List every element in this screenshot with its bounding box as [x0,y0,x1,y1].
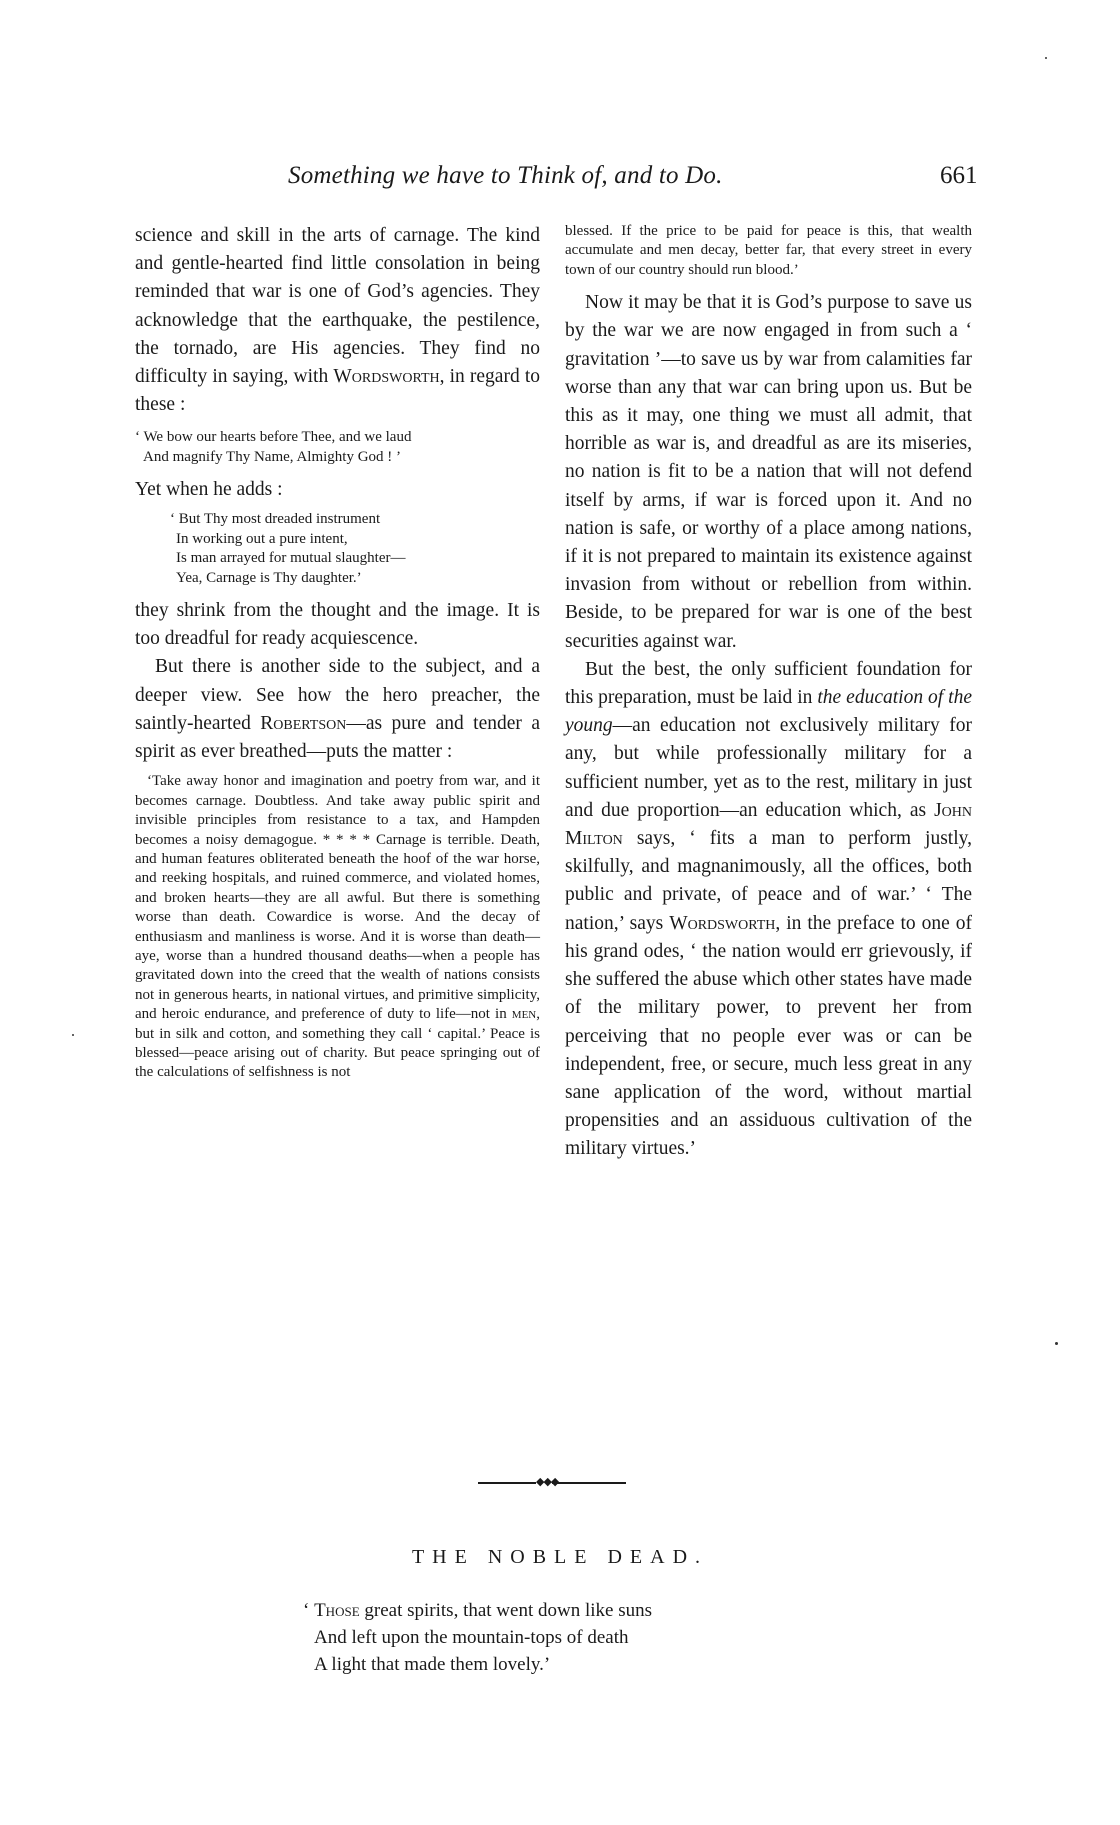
scan-speck [1045,57,1047,59]
paragraph: But there is another side to the subject… [135,653,540,766]
block-quote: ‘Take away honor and imagination and poe… [135,772,540,1083]
running-title: Something we have to Think of, and to Do… [288,162,723,190]
scan-speck [1055,1342,1058,1345]
verse-quote: ‘ But Thy most dreaded instrument In wor… [135,510,540,588]
epigraph-poem: ‘ Those great spirits, that went down li… [303,1597,652,1678]
author-name: Wordsworth [669,913,775,934]
page-number: 661 [940,162,978,190]
block-quote-continued: blessed. If the price to be paid for pea… [565,222,972,280]
right-column: blessed. If the price to be paid for pea… [565,222,972,1164]
author-name: Wordsworth [333,366,439,387]
verse-quote: ‘ We bow our hearts before Thee, and we … [135,428,540,467]
paragraph: they shrink from the thought and the ima… [135,597,540,653]
section-title: THE NOBLE DEAD. [0,1546,1120,1569]
paragraph: Yet when he adds : [135,476,540,504]
paragraph: But the best, the only sufficient founda… [565,656,972,1164]
running-header: Something we have to Think of, and to Do… [0,162,1120,198]
paragraph: Now it may be that it is God’s purpose t… [565,289,972,656]
section-divider: ◆◆◆ [478,1478,626,1488]
author-name: Robertson [260,713,346,734]
paragraph: science and skill in the arts of carnage… [135,222,540,419]
scan-speck [72,1034,74,1036]
left-column: science and skill in the arts of carnage… [135,222,540,1083]
